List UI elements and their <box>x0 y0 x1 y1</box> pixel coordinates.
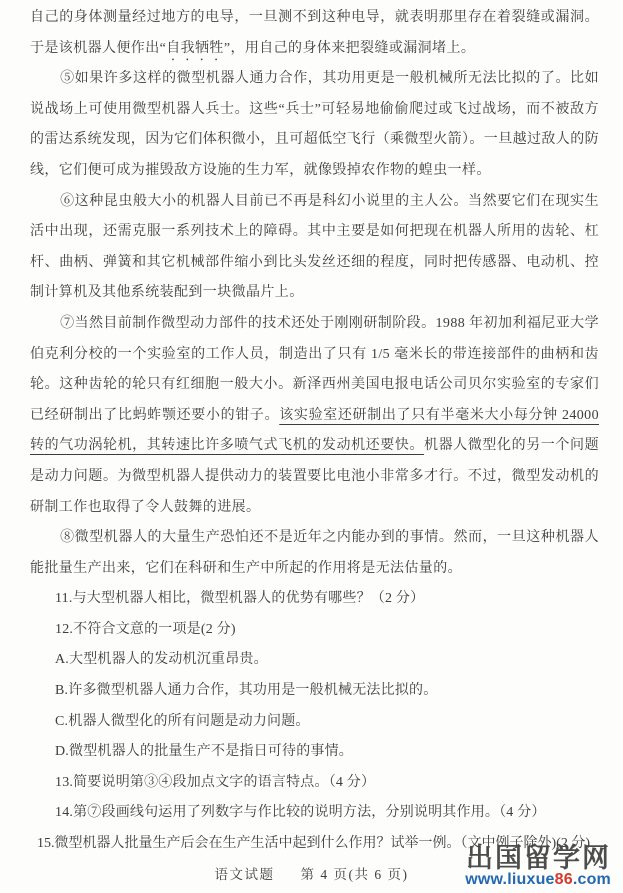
question-line: 13.简要说明第③④段加点文字的语言特点。（4 分） <box>55 768 613 799</box>
question-line: B.许多微型机器人通力合作，其功用是一般机械无法比拟的。 <box>55 676 613 707</box>
question-line: A.大型机器人的发动机沉重昂贵。 <box>55 645 613 676</box>
passage-text: ⑦当然目前制作微型动力部件的技术还处于刚刚研制阶段。1988 年初加利福尼亚大学… <box>30 316 599 423</box>
question-line: 11.与大型机器人相比，微型机器人的优势有哪些？（2 分） <box>55 584 613 615</box>
passage-text: ⑧微型机器人的大量生产恐怕还不是近年之内能办到的事情。然而，一旦这种机器人能批量… <box>30 530 599 576</box>
footer-page-number: 第 4 页(共 6 页) <box>301 867 409 882</box>
emphasis-dotted-text: 自我牺牲 <box>166 41 224 56</box>
footer-subject-label: 语文试题 <box>215 867 275 882</box>
watermark-url: www.liuxue86.com <box>465 872 611 889</box>
question-line: 12.不符合文意的一项是(2 分) <box>55 615 613 646</box>
question-list: 11.与大型机器人相比，微型机器人的优势有哪些？（2 分）12.不符合文意的一项… <box>0 584 623 859</box>
question-line: D.微型机器人的批量生产不是指日可待的事情。 <box>55 737 613 768</box>
paragraph: ⑤如果许多这样的微型机器人通力合作，其功用更是一般机械所无法比拟的了。比如说战场… <box>30 64 599 186</box>
paragraph: ⑥这种昆虫般大小的机器人目前已不再是科幻小说里的主人公。当然要它们在现实生活中出… <box>30 187 599 309</box>
watermark-url-part: www.liuxue <box>465 871 554 888</box>
passage-text: ⑤如果许多这样的微型机器人通力合作，其功用更是一般机械所无法比拟的了。比如说战场… <box>30 71 599 178</box>
watermark-url-part: .com <box>573 871 611 888</box>
paragraph: ⑧微型机器人的大量生产恐怕还不是近年之内能办到的事情。然而，一旦这种机器人能批量… <box>30 523 599 584</box>
passage-text: ⑥这种昆虫般大小的机器人目前已不再是科幻小说里的主人公。当然要它们在现实生活中出… <box>30 194 599 301</box>
watermark-url-part: 86 <box>555 871 573 888</box>
question-line: 14.第⑦段画线句运用了列数字与作比较的说明方法，分别说明其作用。（4 分） <box>55 798 613 829</box>
watermark: 出国留学网 www.liuxue86.com <box>465 844 611 889</box>
passage-text: ”，用自己的身体来把裂缝或漏洞堵上。 <box>224 41 475 56</box>
paragraph: 自己的身体测量经过地方的电导，一旦测不到这种电导，就表明那里存在着裂缝或漏洞。于… <box>30 3 599 64</box>
paragraph: ⑦当然目前制作微型动力部件的技术还处于刚刚研制阶段。1988 年初加利福尼亚大学… <box>30 309 599 523</box>
exam-page: 自己的身体测量经过地方的电导，一旦测不到这种电导，就表明那里存在着裂缝或漏洞。于… <box>0 0 623 893</box>
reading-passage: 自己的身体测量经过地方的电导，一旦测不到这种电导，就表明那里存在着裂缝或漏洞。于… <box>0 0 623 584</box>
watermark-site-name: 出国留学网 <box>465 844 611 872</box>
question-line: C.机器人微型化的所有问题是动力问题。 <box>55 707 613 738</box>
